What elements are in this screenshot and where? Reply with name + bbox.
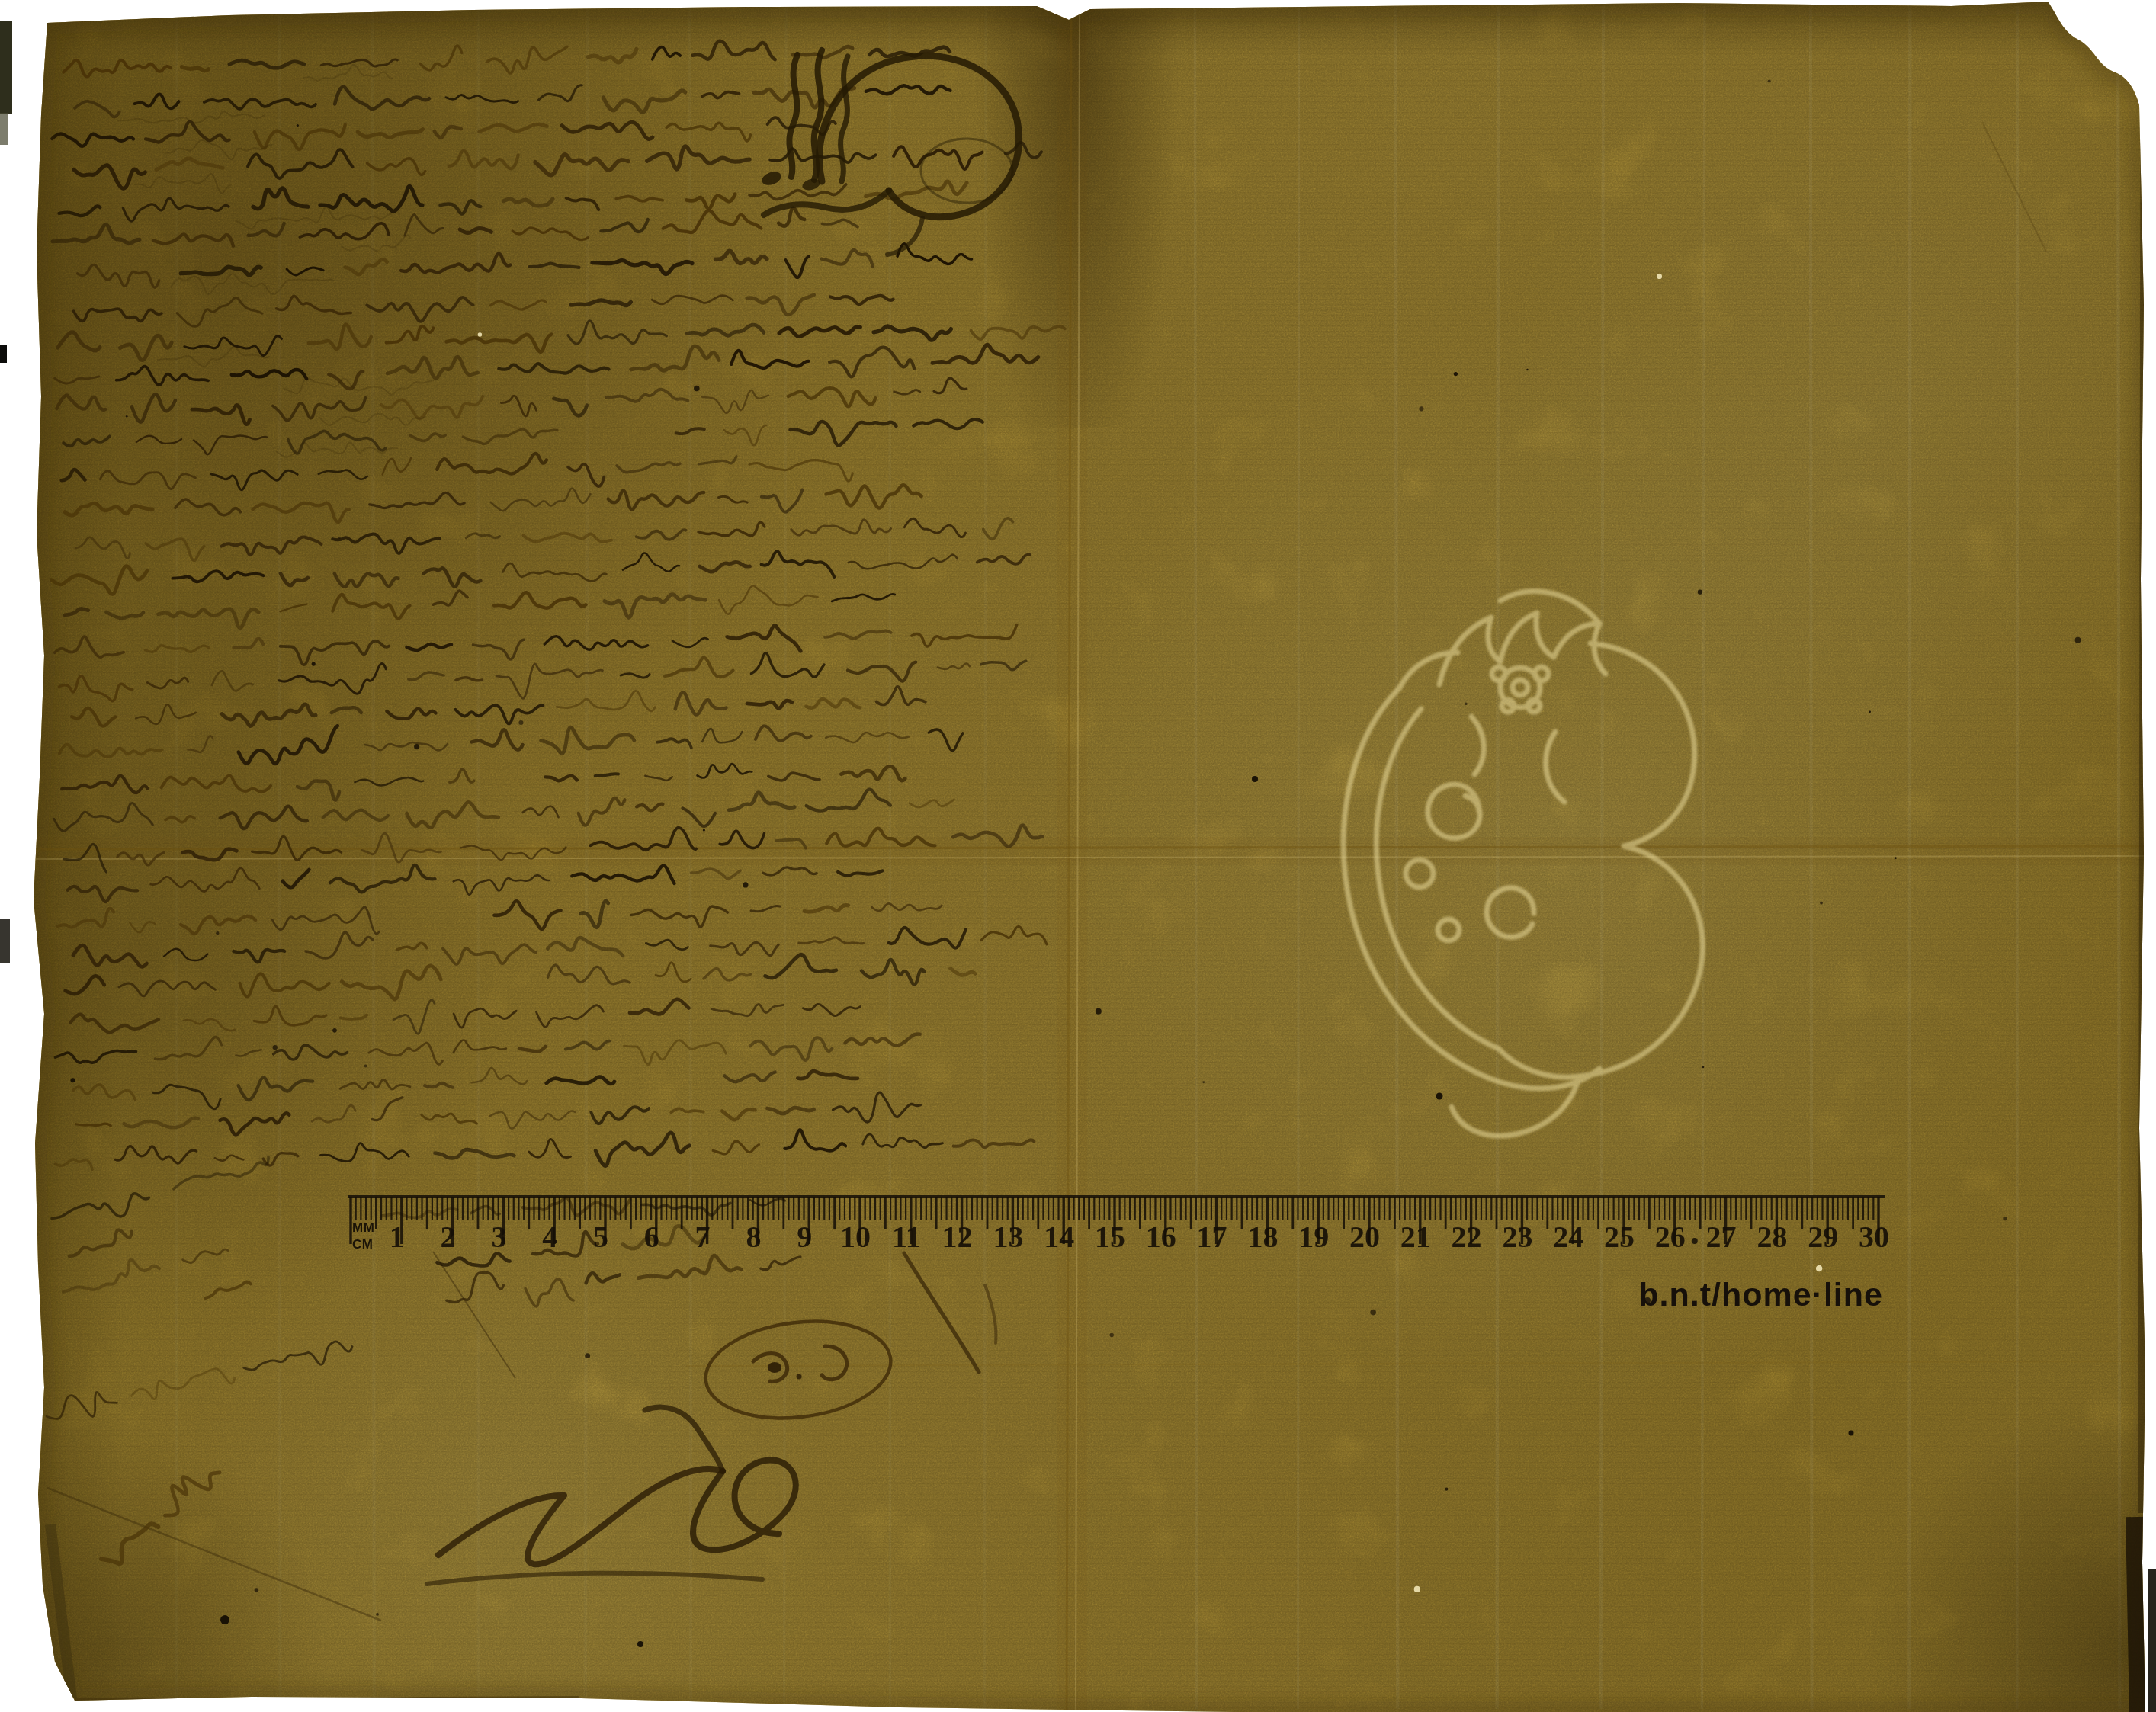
light-fleck [1414, 1586, 1420, 1592]
right-edge-dark-band [2135, 1517, 2139, 1712]
dark-speck [1370, 1310, 1376, 1316]
ruler-number: 29 [1808, 1220, 1838, 1254]
ruler-number: 22 [1452, 1220, 1482, 1254]
dark-speck [518, 720, 523, 725]
ruler-number: 17 [1197, 1220, 1227, 1254]
ruler-number: 7 [695, 1220, 711, 1254]
dark-speck [1702, 1066, 1704, 1068]
dark-speck [70, 1078, 75, 1082]
dark-speck [694, 386, 699, 391]
dark-speck [297, 124, 299, 127]
dark-speck [1096, 1008, 1102, 1015]
dark-speck [1895, 857, 1897, 859]
ruler-number: 11 [892, 1220, 921, 1254]
manuscript-sheet [0, 0, 2156, 1712]
dark-speck [338, 537, 341, 539]
ruler-number: 26 [1655, 1220, 1686, 1254]
ruler-number: 18 [1247, 1220, 1278, 1254]
brand-stray-dot [1644, 1297, 1651, 1303]
dark-speck [273, 1045, 278, 1050]
dark-speck [2075, 637, 2081, 643]
ruler-number: 5 [593, 1220, 608, 1254]
dark-speck [703, 829, 705, 831]
dark-speck [1419, 406, 1423, 411]
dark-speck [126, 415, 128, 418]
dark-speck [414, 744, 419, 749]
ruler-number: 4 [542, 1220, 557, 1254]
ruler-number: 24 [1553, 1220, 1583, 1254]
ruler-number: 16 [1146, 1220, 1176, 1254]
ruler-number: 3 [491, 1220, 506, 1254]
ruler-unit-mm: MM [352, 1220, 374, 1235]
ruler-number: 8 [746, 1220, 761, 1254]
light-fleck [1816, 1265, 1823, 1272]
dark-speck [216, 931, 219, 935]
brand-label: b.n.t/home·line [1638, 1277, 1883, 1313]
ruler-stray-dot [1692, 1238, 1698, 1244]
light-fleck [478, 332, 483, 337]
dark-speck [1869, 710, 1871, 713]
dark-speck [1436, 1093, 1443, 1100]
dark-speck [312, 662, 316, 666]
ruler-number: 30 [1859, 1220, 1889, 1254]
dark-speck [585, 1353, 590, 1358]
ruler-number: 20 [1349, 1220, 1380, 1254]
dark-speck [743, 882, 748, 887]
ruler-number: 6 [644, 1220, 659, 1254]
dark-speck [1252, 776, 1258, 782]
ruler-number: 21 [1400, 1220, 1431, 1254]
ruler-number: 25 [1604, 1220, 1635, 1254]
ruler-number: 28 [1757, 1220, 1787, 1254]
ruler-number: 1 [390, 1220, 405, 1254]
dark-speck [1454, 372, 1458, 376]
dark-speck [637, 1641, 643, 1647]
ruler-number: 23 [1502, 1220, 1532, 1254]
ruler-number: 12 [942, 1220, 973, 1254]
dark-speck [220, 1615, 229, 1624]
ruler-number: 27 [1706, 1220, 1737, 1254]
dark-speck [376, 1613, 379, 1616]
dark-speck [1202, 1081, 1205, 1083]
dark-speck [1445, 1488, 1448, 1491]
ruler-number: 13 [993, 1220, 1023, 1254]
ruler-number: 14 [1044, 1220, 1074, 1254]
dark-speck [1698, 590, 1702, 595]
ruler-number: 15 [1095, 1220, 1125, 1254]
dark-speck [1465, 703, 1468, 706]
dark-speck [1526, 369, 1529, 371]
dark-speck [1849, 1431, 1854, 1436]
ruler-number: 19 [1298, 1220, 1329, 1254]
dark-speck [1768, 79, 1771, 82]
ruler-number: 2 [441, 1220, 456, 1254]
dark-speck [2003, 1217, 2007, 1220]
ruler-number: 9 [797, 1220, 812, 1254]
dark-speck [1109, 1333, 1113, 1337]
ruler-unit-cm: CM [352, 1237, 373, 1252]
dark-speck [332, 1028, 337, 1033]
dark-speck [255, 1588, 258, 1592]
scanned-document: 1234567891011121314151617181920212223242… [0, 0, 2156, 1712]
light-fleck [1657, 274, 1662, 279]
dark-speck [364, 1064, 367, 1067]
dark-speck [1820, 902, 1823, 905]
ruler-number: 10 [840, 1220, 871, 1254]
